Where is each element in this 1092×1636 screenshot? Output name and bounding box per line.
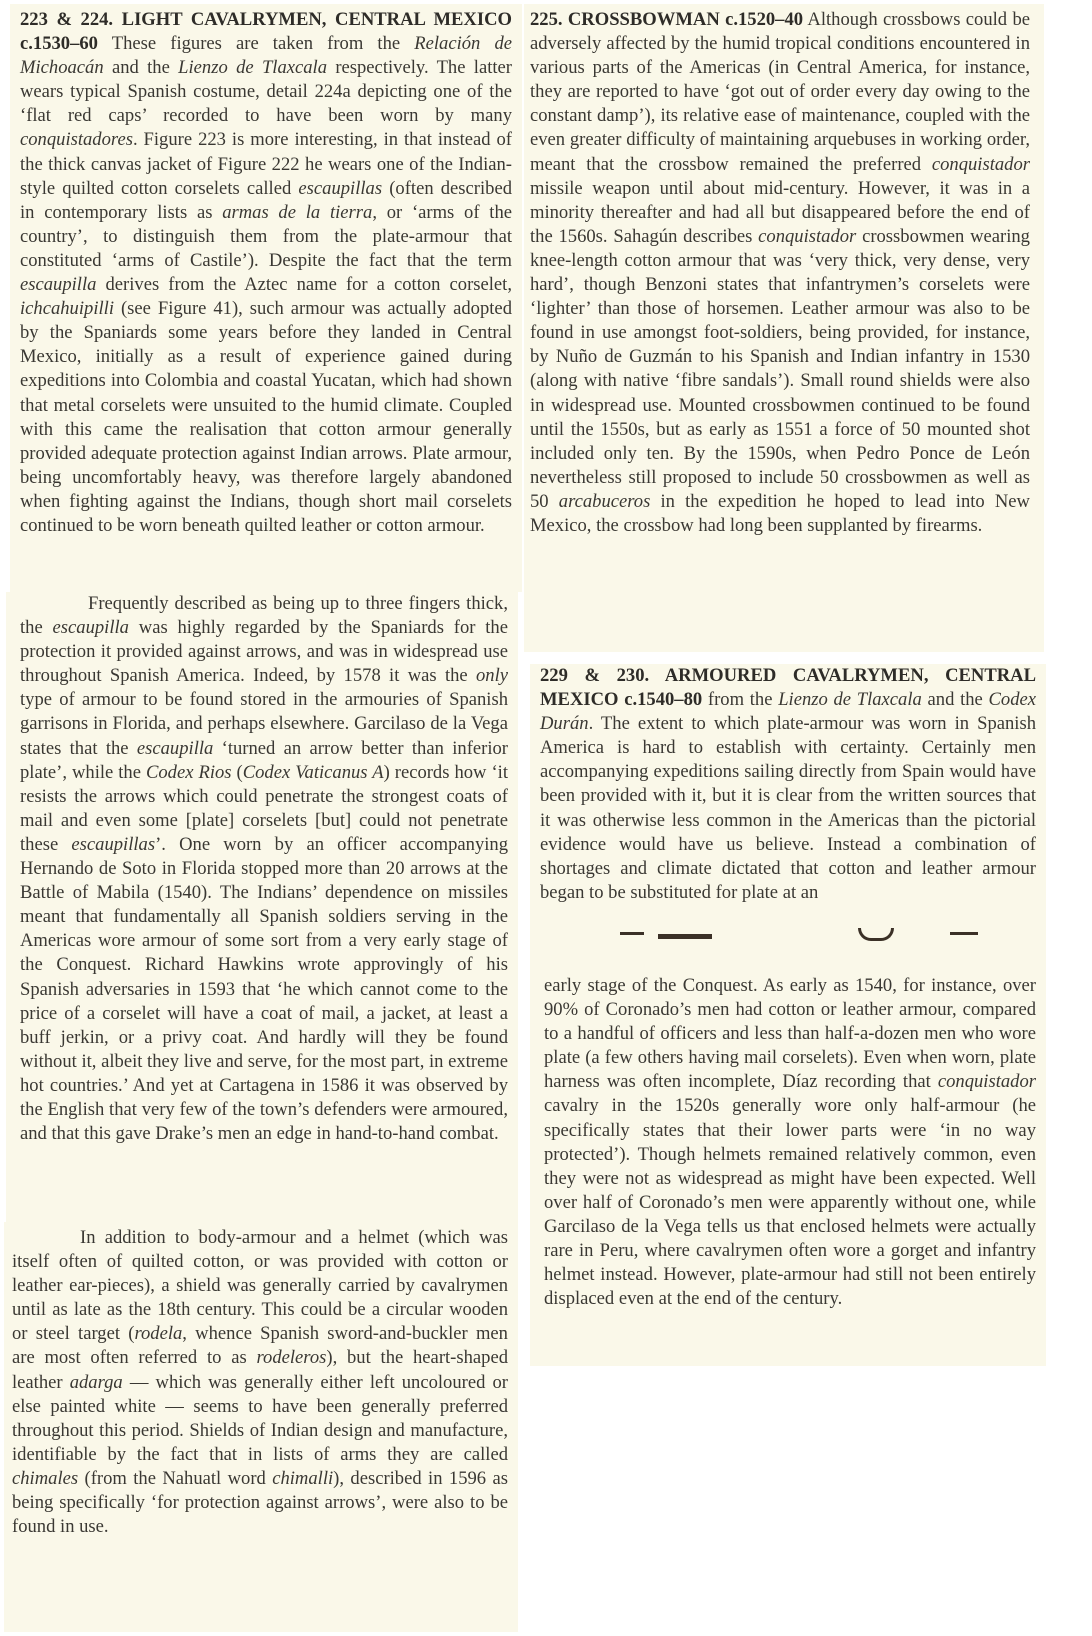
italic-term: conquistador	[932, 154, 1030, 175]
illustration-fragment-2	[658, 928, 712, 939]
entry-225-heading: 225. CROSSBOWMAN c.1520–40	[530, 9, 803, 30]
entry-223-224-body-3: In addition to body-armour and a helmet …	[12, 1227, 508, 1537]
entry-225-body: Although crossbows could be adversely af…	[530, 9, 1030, 536]
italic-term: chimales	[12, 1468, 78, 1489]
entry-223-224-body-2: Frequently described as being up to thre…	[20, 593, 508, 1144]
body-text: (see Figure 41), such armour was actuall…	[20, 298, 512, 536]
illustration-fragment-4	[950, 926, 978, 935]
entry-223-224-paragraph-1: 223 & 224. LIGHT CAVALRYMEN, CENTRAL MEX…	[20, 8, 512, 538]
italic-term: escaupilla	[53, 617, 129, 638]
entry-223-224-paragraph-3: In addition to body-armour and a helmet …	[12, 1226, 508, 1539]
italic-term: conquistador	[758, 226, 856, 247]
italic-term: escaupillas	[298, 178, 382, 199]
italic-term: armas de la tierra	[222, 202, 372, 223]
illustration-fragment-strip	[530, 922, 1046, 968]
body-text: cavalry in the 1520s generally wore only…	[544, 1095, 1036, 1309]
body-text: Although crossbows could be adversely af…	[530, 9, 1030, 175]
italic-term: Codex Vaticanus A	[243, 762, 384, 783]
body-text: (from the Nahuatl word	[78, 1468, 272, 1489]
italic-term: conquistador	[938, 1071, 1036, 1092]
right-column-top-block: 225. CROSSBOWMAN c.1520–40 Although cros…	[524, 4, 1044, 652]
italic-term: Codex Rios	[146, 762, 232, 783]
left-column-middle-block: Frequently described as being up to thre…	[6, 592, 518, 1222]
entry-229-230-body-1: from the Lienzo de Tlaxcala and the Code…	[540, 689, 1036, 903]
body-text: and the	[104, 57, 179, 78]
right-column-bottom-block: early stage of the Conquest. As early as…	[530, 968, 1046, 1366]
body-text: . The extent to which plate-armour was w…	[540, 713, 1036, 903]
left-column-bottom-block: In addition to body-armour and a helmet …	[4, 1222, 518, 1632]
body-text: These figures are taken from the	[98, 33, 414, 54]
entry-223-224-body-1: These figures are taken from the Relació…	[20, 33, 512, 536]
italic-term: ichcahuipilli	[20, 298, 114, 319]
body-text: derives from the Aztec name for a cotton…	[96, 274, 512, 295]
italic-term: escaupilla	[137, 738, 213, 759]
italic-term: only	[476, 665, 508, 686]
left-column-top-block: 223 & 224. LIGHT CAVALRYMEN, CENTRAL MEX…	[10, 4, 522, 592]
italic-term: Lienzo de Tlaxcala	[778, 689, 922, 710]
italic-term: Lienzo de Tlaxcala	[178, 57, 327, 78]
italic-term: adarga	[70, 1372, 123, 1393]
entry-223-224-paragraph-2: Frequently described as being up to thre…	[20, 592, 508, 1146]
illustration-fragment-1	[620, 926, 644, 935]
body-text: (	[232, 762, 243, 783]
italic-term: rodeleros	[256, 1347, 326, 1368]
italic-term: chimalli	[272, 1468, 333, 1489]
illustration-fragment-3	[858, 928, 894, 941]
entry-229-230-body-2: early stage of the Conquest. As early as…	[544, 975, 1036, 1309]
body-text: crossbowmen wearing knee-length cotton a…	[530, 226, 1030, 512]
body-text: from the	[702, 689, 778, 710]
entry-229-230-paragraph-1: 229 & 230. ARMOURED CAVALRYMEN, CENTRAL …	[540, 664, 1036, 905]
entry-225-paragraph: 225. CROSSBOWMAN c.1520–40 Although cros…	[530, 8, 1030, 538]
right-column-middle-block: 229 & 230. ARMOURED CAVALRYMEN, CENTRAL …	[530, 664, 1046, 922]
entry-229-230-paragraph-2: early stage of the Conquest. As early as…	[544, 974, 1036, 1311]
italic-term: conquistadores	[20, 129, 133, 150]
italic-term: escaupillas	[71, 834, 155, 855]
italic-term: escaupilla	[20, 274, 96, 295]
body-text: ’. One worn by an officer accompanying H…	[20, 834, 508, 1144]
italic-term: rodela	[134, 1323, 182, 1344]
body-text: and the	[922, 689, 989, 710]
italic-term: arcabuceros	[559, 491, 651, 512]
